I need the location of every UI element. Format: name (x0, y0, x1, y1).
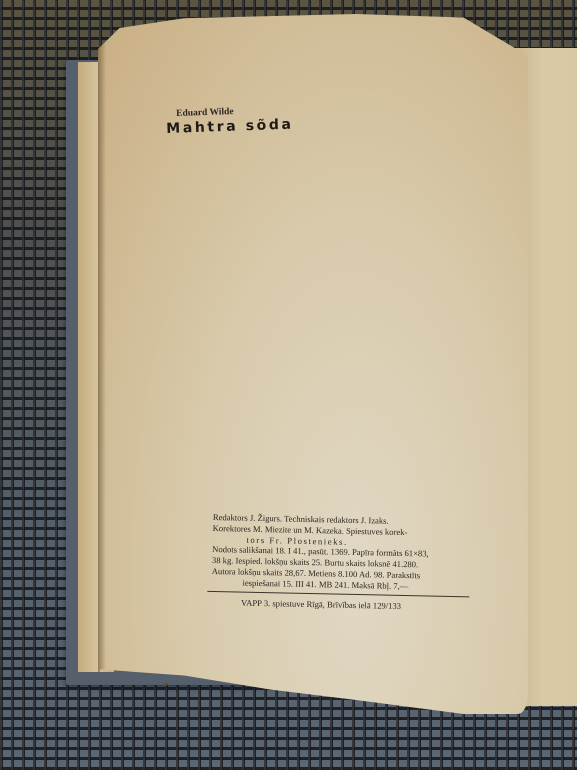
imprint-block: Redaktors J. Žigurs. Techniskais redakto… (211, 512, 469, 613)
author-name: Eduard Wilde (176, 107, 234, 119)
